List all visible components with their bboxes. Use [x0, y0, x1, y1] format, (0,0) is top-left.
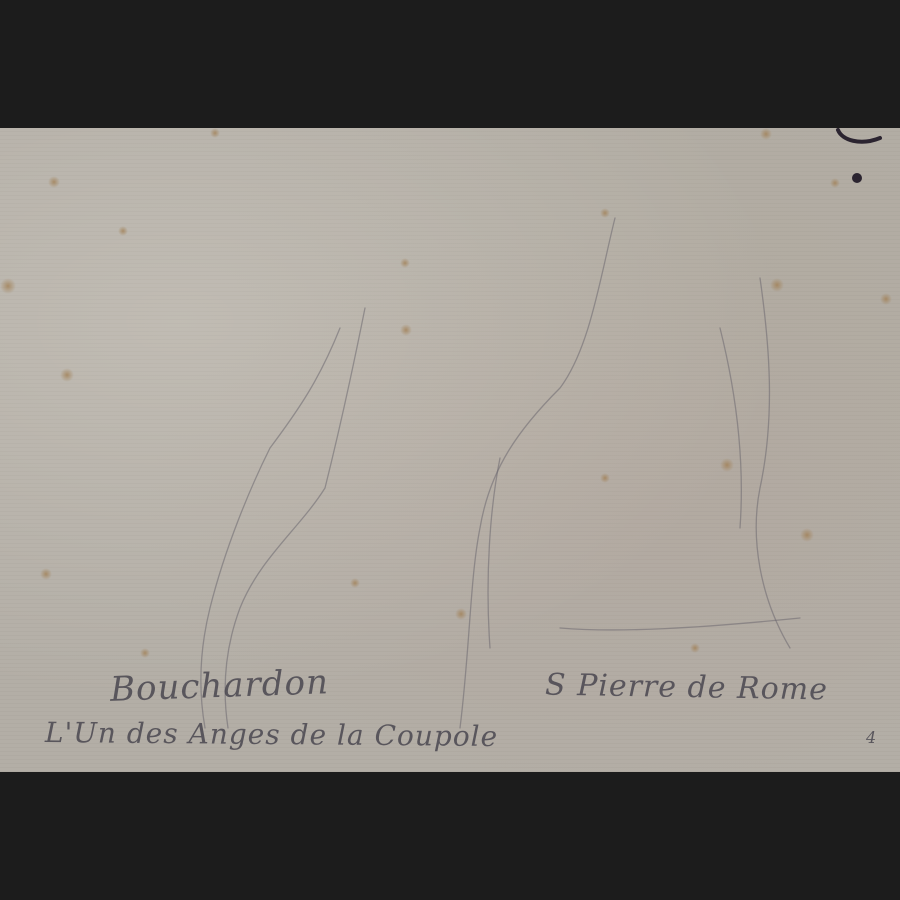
paper-sheet: Bouchardon S Pierre de Rome L'Un des Ang… — [0, 128, 900, 772]
artist-inscription: Bouchardon — [109, 662, 329, 710]
top-black-bar — [0, 0, 900, 128]
ink-stamp-mark — [830, 128, 900, 188]
sheet-number: 4 — [866, 728, 877, 747]
subject-inscription: L'Un des Anges de la Coupole — [45, 716, 498, 753]
bottom-black-bar — [0, 772, 900, 900]
location-inscription: S Pierre de Rome — [545, 668, 829, 708]
